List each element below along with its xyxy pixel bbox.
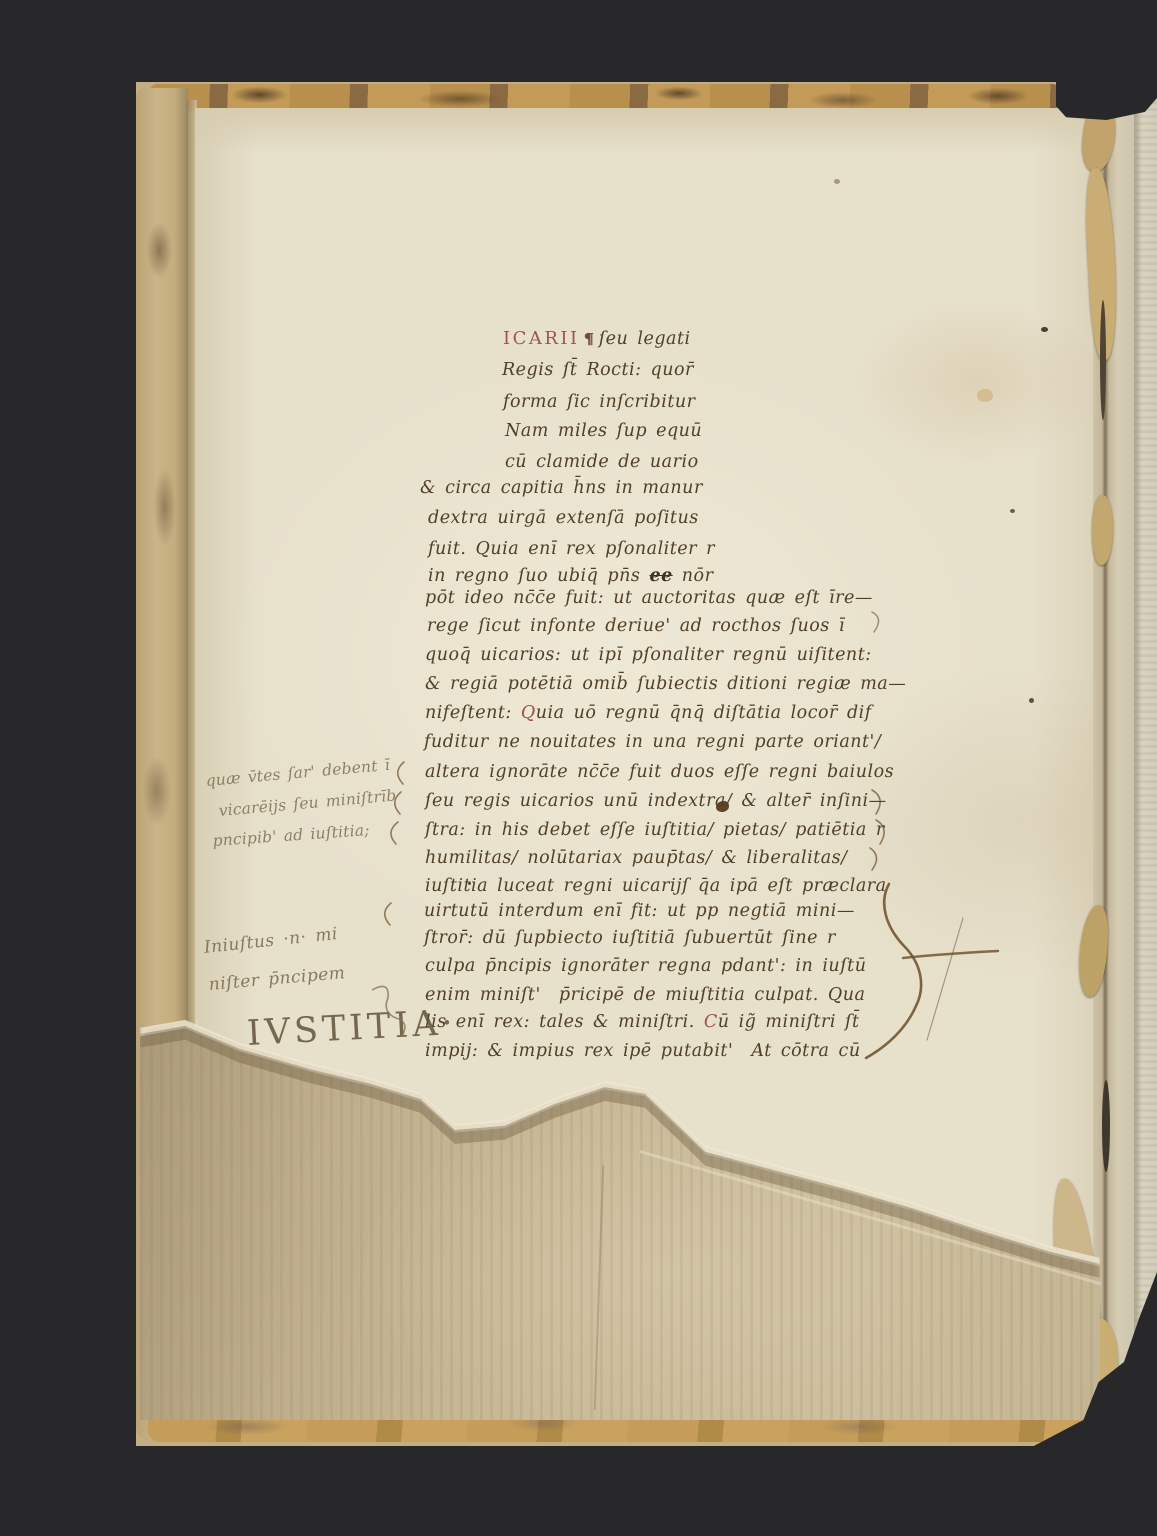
text-line: Nam miles ſup equū bbox=[505, 421, 702, 441]
text-line: humilitas/ nolūtariax paup̄tas/ & libera… bbox=[425, 848, 848, 868]
text-line: dextra uirgā extenſā poſitus bbox=[428, 508, 699, 528]
text-line: in regno ſuo ubiq̄ pn̄s ee nōr bbox=[428, 566, 713, 586]
text-line: cū clamide de uario bbox=[505, 452, 699, 472]
text-line: altera ignorāte nc̄c̄e fuit duos eſſe re… bbox=[425, 762, 894, 782]
text-line: forma ſic inſcribitur bbox=[503, 392, 695, 412]
text-line: fuit. Quia enī rex pſonaliter r bbox=[428, 539, 715, 559]
text-line: pncipib' ad iuſtitia; bbox=[212, 821, 370, 850]
text-line: culpa p̄ncipis ignorāter regna pdant': i… bbox=[425, 956, 866, 976]
text-line: ſeu regis uicarios unū indextra/ & alter… bbox=[425, 791, 887, 811]
text-line: vicarēijs ſeu miniſtrīb bbox=[218, 786, 397, 819]
text-line: quoq̄ uicarios: ut ipī pſonaliter regnū … bbox=[425, 645, 872, 665]
text-line: Iniuſtus ·n· mi bbox=[203, 924, 339, 958]
text-line: iuſtitia luceat regni uicarijſ q̄a ipā e… bbox=[425, 876, 887, 896]
text-line: rege ſicut infonte deriue' ad rocthos ſu… bbox=[427, 616, 845, 636]
manuscript-photo: ICARII¶ſeu legatiRegis ſt̄ Rocti: quor̄f… bbox=[0, 0, 1157, 1536]
text-line: nifeſtent: Quia uō regnū q̄nq̄ diſtātia … bbox=[425, 703, 872, 723]
text-line: Regis ſt̄ Rocti: quor̄ bbox=[502, 360, 694, 380]
text-line: pōt ideo nc̄c̄e fuit: ut auctoritas quæ … bbox=[425, 588, 873, 608]
text-line: ICARII¶ſeu legati bbox=[503, 328, 691, 349]
text-line: uirtutū interdum enī fit: ut pp negtiā m… bbox=[424, 901, 855, 921]
text-line: fuditur ne nouitates in una regni parte … bbox=[424, 732, 881, 752]
text-line: & regiā potētiā omib̄ ſubiectis ditioni … bbox=[425, 674, 906, 694]
text-line: quæ v̄tes ſar' debent ī bbox=[205, 756, 391, 790]
text-line: ſtror̄: dū ſupbiecto iuſtitiā ſubuertūt … bbox=[424, 928, 836, 948]
text-line: enim miniſt' p̄ricipē de miuſtitia culpa… bbox=[425, 985, 865, 1005]
text-line: impij: & impius rex ipē putabit' At cōtr… bbox=[425, 1041, 861, 1061]
text-line: & circa capitia h̄ns in manur bbox=[420, 478, 703, 498]
text-line: ſtra: in his debet eſſe iuſtitia/ pietas… bbox=[425, 820, 885, 840]
text-line: niſter p̄ncipem bbox=[208, 963, 346, 995]
text-line: lis enī rex: tales & miniſtri. Cū ig̃ mi… bbox=[425, 1012, 860, 1032]
